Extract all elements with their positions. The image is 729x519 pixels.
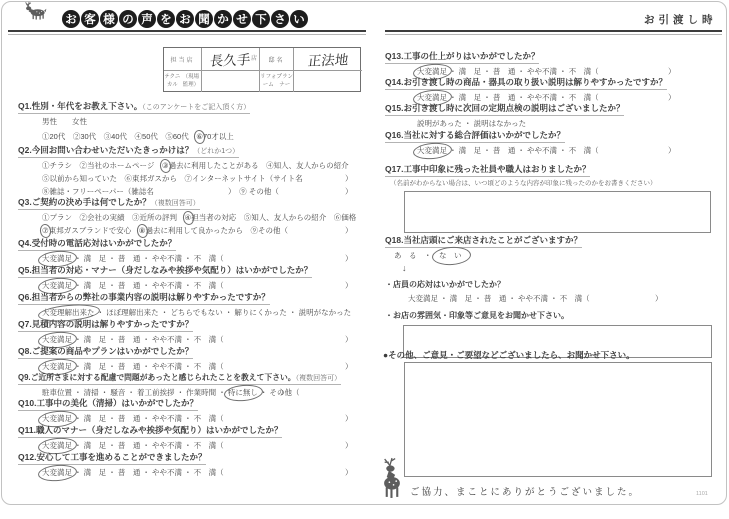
q3-answer-circle-3: ⑧ — [139, 225, 146, 236]
banner-char: か — [214, 10, 232, 28]
deer-icon — [376, 457, 408, 499]
q11-scale-options: 大変満足 ・ 満 足 ・ 普 通 ・ やや不満 ・ 不 満（） — [18, 440, 282, 451]
planner-header: リフォームプランナー — [259, 70, 293, 92]
q12-title: Q12.安心して工事を進めることができましたか？ — [18, 451, 224, 463]
q7-title: Q7.見積内容の説明は解りやすかったですか？ — [18, 318, 224, 330]
question-q14: Q14.お引き渡し時の商品・器具の取り扱い説明は解りやすかったですか？ 大変満足… — [385, 76, 667, 103]
q18-branch-arrow: ↓ — [385, 263, 712, 273]
deer-logo-icon — [23, 1, 49, 20]
banner-char: を — [157, 10, 175, 28]
q10-scale-options: 大変満足 ・ 満 足 ・ 普 通 ・ やや不満 ・ 不 満（） — [18, 413, 224, 424]
q9-answer-circle: 特に無し — [228, 387, 258, 398]
q5-answer-circle: 大変満足 — [42, 280, 72, 291]
form-number: 1101 — [696, 491, 708, 497]
q16-answer-circle: 大変満足 — [417, 145, 447, 156]
q6-title: Q6.担当者からの弊社の事業内容の説明は解りやすかったですか？ — [18, 291, 351, 303]
q18-sub1-title: ・店員の応対はいかがでしたか？ — [385, 279, 712, 290]
q17-title: Q17.工事中印象に残った社員や職人はおりましたか？ — [385, 163, 711, 175]
q7-scale-options: 大変満足 ・ 満 足 ・ 普 通 ・ やや不満 ・ 不 満（） — [18, 334, 224, 345]
q3-options-line2: ⑦東邦ガスブランドで安心 ⑧過去に利用して良かったから ⑨その他（） — [18, 225, 356, 236]
question-q10: Q10.工事中の美化（清掃）はいかがでしたか？ 大変満足 ・ 満 足 ・ 普 通… — [18, 397, 224, 424]
title-banner: お 客 様 の 声 を お 聞 か せ 下 さ い — [62, 10, 308, 28]
question-q3: Q3.ご契約の決め手は何でしたか？（複数回答可） ①プラン ②会社の実績 ③近所… — [18, 196, 356, 236]
survey-scan-page: お 客 様 の 声 を お 聞 か せ 下 さ い お引渡し時 担当店 長久手 … — [0, 0, 729, 519]
question-q5: Q5.担当者の対応・マナー（身だしなみや挨拶や気配り）はいかがでしたか？ 大変満… — [18, 264, 312, 291]
banner-char: い — [290, 10, 308, 28]
q15-title: Q15.お引き渡し時に次回の定期点検の説明はございましたか？ — [385, 102, 624, 114]
question-q18: Q18.当社店頭にご来店されたことがございますか？ あ る ・ な い ↓ ・店… — [385, 234, 712, 358]
q8-scale-options: 大変満足 ・ 満 足 ・ 普 通 ・ やや不満 ・ 不 満（） — [18, 361, 224, 372]
q16-scale-options: 大変満足 ・ 満 足 ・ 普 通 ・ やや不満 ・ 不 満（） — [385, 145, 599, 156]
q18-store-scale-options: 大変満足 ・ 満 足 ・ 普 通 ・ やや不満 ・ 不 満（） — [385, 293, 712, 304]
q11-title: Q11.職人のマナー（身だしなみや挨拶や気配り）はいかがでしたか？ — [18, 424, 282, 436]
question-q13: Q13.工事の仕上がりはいかがでしたか？ 大変満足 ・ 満 足 ・ 普 通 ・ … — [385, 50, 599, 77]
residence-name-header: 邸名 — [259, 48, 293, 70]
q18-sub2-title: ・お店の雰囲気・印象等ご意見をお聞かせ下さい。 — [385, 310, 712, 321]
q2-title: Q2.今回お問い合わせいただいたきっかけは？（どれか1つ） — [18, 144, 349, 156]
q11-answer-circle: 大変満足 — [42, 440, 72, 451]
question-q12: Q12.安心して工事を進めることができましたか？ 大変満足 ・ 満 足 ・ 普 … — [18, 451, 224, 478]
question-q4: Q4.受付時の電話応対はいかがでしたか？ 大変満足 ・ 満 足 ・ 普 通 ・ … — [18, 237, 224, 264]
banner-char: お — [176, 10, 194, 28]
q10-answer-circle: 大変満足 — [42, 413, 72, 424]
banner-char: お — [62, 10, 80, 28]
technical-value — [201, 70, 259, 92]
q16-title: Q16.当社に対する総合評価はいかがでしたか？ — [385, 129, 599, 141]
q5-scale-options: 大変満足 ・ 満 足 ・ 普 通 ・ やや不満 ・ 不 満（） — [18, 280, 312, 291]
other-comments-label: ●その他、ご意見・ご要望などございましたら、お聞かせ下さい。 — [383, 349, 635, 361]
banner-char: 客 — [81, 10, 99, 28]
q12-answer-circle: 大変満足 — [42, 467, 72, 478]
question-q16: Q16.当社に対する総合評価はいかがでしたか？ 大変満足 ・ 満 足 ・ 普 通… — [385, 129, 599, 156]
closing-thanks-text: ご協力、まことにありがとうございました。 — [410, 484, 640, 498]
question-q9: Q9.ご近所さまに対する配慮で問題があったと感じられたことを教えて下さい。（複数… — [18, 372, 341, 398]
q3-title: Q3.ご契約の決め手は何でしたか？（複数回答可） — [18, 196, 356, 208]
staff-store-header: 担当店 — [164, 48, 201, 70]
q10-title: Q10.工事中の美化（清掃）はいかがでしたか？ — [18, 397, 224, 409]
right-header-rule — [385, 30, 722, 32]
q8-title: Q8.ご提案の商品やプランはいかがでしたか？ — [18, 345, 224, 357]
q18-options: あ る ・ な い — [385, 250, 712, 261]
q3-options-line1: ①プラン ②会社の実績 ③近所の評判 ④担当者の対応 ⑤知人、友人からの紹介 ⑥… — [18, 212, 356, 223]
banner-char: せ — [233, 10, 251, 28]
q9-title: Q9.ご近所さまに対する配慮で問題があったと感じられたことを教えて下さい。（複数… — [18, 372, 341, 383]
q1-gender-options: 男性 女性 — [18, 116, 250, 127]
left-header-rule — [8, 30, 366, 32]
q6-answer-circle: 大変理解出来た — [42, 307, 95, 318]
q3-answer-circle-2: ⑦ — [42, 225, 49, 236]
store-suffix-label: 店 — [251, 53, 257, 62]
q6-options: 大変理解出来た ・ ほぼ理解出来た ・ どちらでもない ・ 解りにくかった ・ … — [18, 307, 351, 318]
right-header-rule-shadow — [385, 34, 722, 35]
banner-char: 声 — [138, 10, 156, 28]
q2-options-line2: ⑤以前から知っていた ⑥東邦ガスから ⑦インターネットサイト（サイト名） — [18, 173, 349, 184]
question-q7: Q7.見積内容の説明は解りやすかったですか？ 大変満足 ・ 満 足 ・ 普 通 … — [18, 318, 224, 345]
q2-options-line1: ①チラシ ②当社のホームページ ③過去に利用したことがある ④知人、友人からの紹… — [18, 160, 349, 171]
question-q17: Q17.工事中印象に残った社員や職人はおりましたか？ （名前がわからない場合は、… — [385, 163, 711, 233]
q14-title: Q14.お引き渡し時の商品・器具の取り扱い説明は解りやすかったですか？ — [385, 76, 667, 88]
question-q15: Q15.お引き渡し時に次回の定期点検の説明はございましたか？ 説明があった ・ … — [385, 102, 624, 129]
banner-char: 様 — [100, 10, 118, 28]
banner-char: さ — [271, 10, 289, 28]
question-q8: Q8.ご提案の商品やプランはいかがでしたか？ 大変満足 ・ 満 足 ・ 普 通 … — [18, 345, 224, 372]
banner-char: 聞 — [195, 10, 213, 28]
q2-answer-circle: ③ — [162, 160, 169, 171]
question-q2: Q2.今回お問い合わせいただいたきっかけは？（どれか1つ） ①チラシ ②当社のホ… — [18, 144, 349, 197]
q12-scale-options: 大変満足 ・ 満 足 ・ 普 通 ・ やや不満 ・ 不 満（） — [18, 467, 224, 478]
staff-info-table: 担当店 長久手 店 邸名 正法地 テクニカル（現場監理） リフォームプランナー — [163, 47, 361, 92]
q4-title: Q4.受付時の電話応対はいかがでしたか？ — [18, 237, 224, 249]
q17-note: （名前がわからない場合は、いつ頃どのような内容が印象に残ったのかをお書きください… — [385, 178, 711, 187]
q1-title: Q1.性別・年代をお教え下さい。（このアンケートをご記入頂く方） — [18, 100, 250, 112]
other-comments-box — [404, 362, 712, 477]
q3-answer-circle-1: ④ — [185, 212, 192, 223]
q17-comment-box — [404, 191, 711, 233]
staff-store-value: 長久手 店 — [201, 48, 259, 70]
banner-char: の — [119, 10, 137, 28]
planner-value — [293, 70, 362, 92]
q7-answer-circle: 大変満足 — [42, 334, 72, 345]
q8-answer-circle: 大変満足 — [42, 361, 72, 372]
banner-char: 下 — [252, 10, 270, 28]
q18-answer-circle: な い — [439, 250, 462, 261]
q15-options: 説明があった ・ 説明はなかった — [385, 118, 624, 129]
q4-answer-circle: 大変満足 — [42, 253, 72, 264]
q5-title: Q5.担当者の対応・マナー（身だしなみや挨拶や気配り）はいかがでしたか？ — [18, 264, 312, 276]
question-q6: Q6.担当者からの弊社の事業内容の説明は解りやすかったですか？ 大変理解出来た … — [18, 291, 351, 318]
handwritten-store-name: 長久手 — [209, 48, 252, 69]
q1-answer-circle: ⑥ — [196, 131, 203, 142]
q4-scale-options: 大変満足 ・ 満 足 ・ 普 通 ・ やや不満 ・ 不 満（） — [18, 253, 224, 264]
residence-name-value: 正法地 — [293, 48, 362, 70]
q1-age-options: ①20代 ②30代 ③40代 ④50代 ⑤60代 ⑥70才以上 — [18, 131, 250, 142]
handwritten-residence-name: 正法地 — [307, 48, 350, 69]
q13-title: Q13.工事の仕上がりはいかがでしたか？ — [385, 50, 599, 62]
question-q11: Q11.職人のマナー（身だしなみや挨拶や気配り）はいかがでしたか？ 大変満足 ・… — [18, 424, 282, 451]
q18-title: Q18.当社店頭にご来店されたことがございますか？ — [385, 234, 712, 246]
left-header-rule-shadow — [8, 34, 366, 35]
right-page-title: お引渡し時 — [644, 12, 717, 27]
question-q1: Q1.性別・年代をお教え下さい。（このアンケートをご記入頂く方） 男性 女性 ①… — [18, 100, 250, 142]
technical-header: テクニカル（現場監理） — [164, 70, 201, 92]
